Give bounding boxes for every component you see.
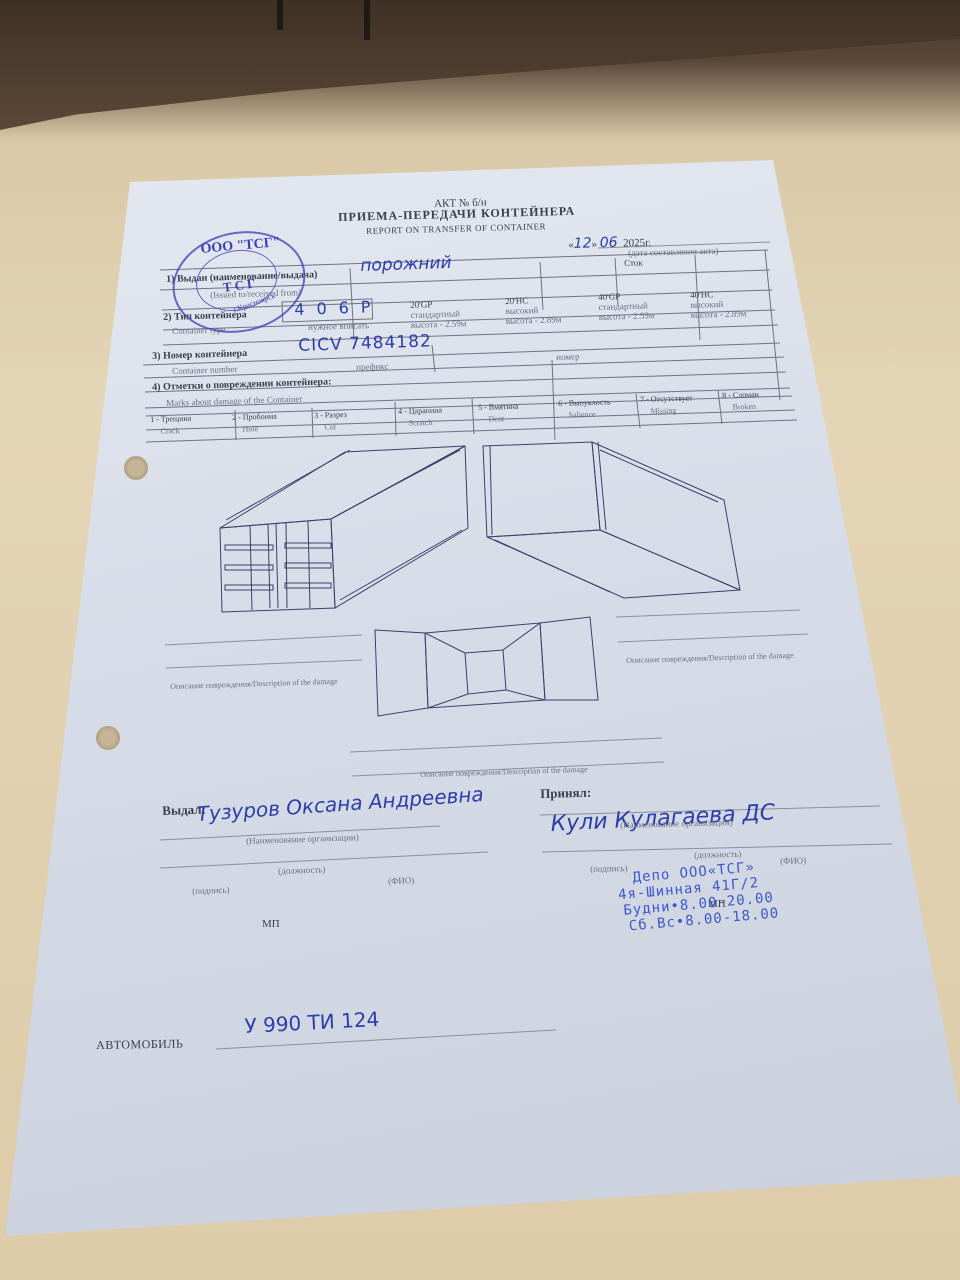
container-type-value: 406P (294, 297, 383, 319)
type-option-20gp: 20'GP стандартный высота - 2.59м (410, 298, 467, 330)
damage-type-en: Broken (722, 401, 759, 414)
damage-type-7: 7 - ОтсутствуетMissing (640, 392, 693, 418)
received-name-caption: (ФИО) (780, 855, 806, 866)
vehicle-label: АВТОМОБИЛЬ (96, 1036, 184, 1053)
damage-type-6: 6 - ВыпуклостьSalience (558, 396, 611, 422)
damage-type-ru: 2 - Пробоина (232, 411, 277, 424)
damage-type-en: Hole (232, 423, 277, 436)
damage-type-8: 8 - СломанBroken (722, 389, 759, 414)
depot-stamp: Депо ООО«ТСГ» 4я-Шинная 41Г/2 Будни•8.00… (632, 858, 780, 934)
damage-type-en: Scratch (398, 417, 442, 430)
number-label: номер (556, 351, 580, 362)
document-sheet (0, 0, 960, 1280)
type-cell: 6 (338, 298, 361, 318)
type-option-40hc: 40'HC высокий высота - 2.89м (690, 288, 747, 320)
damage-type-4: 4 - ЦарапинаScratch (398, 405, 443, 430)
chair-leg (364, 0, 370, 40)
damage-type-en: Missing (640, 404, 693, 418)
prefix-label: префикс (356, 361, 389, 372)
type-height: высота - 2.89м (691, 308, 747, 320)
issued-seal-caption: МП (262, 918, 280, 930)
type-cell: 0 (316, 298, 339, 318)
type-height: высота - 2.59м (599, 310, 655, 322)
stock-label: Сток (624, 258, 643, 268)
chair-leg (277, 0, 283, 30)
damage-type-ru: 6 - Выпуклость (558, 396, 611, 410)
type-height: высота - 2.59м (411, 318, 467, 330)
issued-name-caption: (ФИО) (388, 875, 414, 886)
damage-type-en: Dent (478, 413, 519, 426)
damage-type-en: Cut (314, 421, 347, 434)
issued-sign-caption: (подпись) (192, 885, 230, 896)
received-sign-caption: (подпись) (590, 863, 628, 874)
type-option-40gp: 40'GP стандартный высота - 2.59м (598, 290, 655, 322)
issued-position-caption: (должность) (278, 864, 326, 876)
damage-type-en: Salience (558, 408, 611, 422)
damage-type-ru: 5 - Вмятина (478, 401, 519, 414)
punch-hole (96, 726, 120, 750)
received-label: Принял: (540, 785, 591, 802)
type-option-20hc: 20'HC высокий высота - 2.89м (505, 294, 562, 326)
type-height: высота - 2.89м (506, 314, 562, 326)
background-chair-area (0, 0, 960, 130)
date-month: 06 (600, 235, 618, 251)
punch-hole (124, 456, 148, 480)
type-hint: нужное вписать (308, 320, 369, 332)
damage-type-ru: 7 - Отсутствует (640, 392, 693, 406)
damage-type-5: 5 - ВмятинаDent (478, 401, 519, 426)
section3-sublabel: Container number (172, 364, 238, 376)
damage-type-3: 3 - РазрезCut (314, 409, 347, 434)
received-position-caption: (должность) (694, 849, 741, 860)
damage-type-2: 2 - ПробоинаHole (232, 411, 277, 436)
damage-type-ru: 4 - Царапина (398, 405, 442, 418)
type-cell: 4 (294, 299, 317, 319)
type-cell: P (361, 297, 383, 317)
section1-value: порожний (360, 253, 452, 276)
damage-type-en: Crack (150, 425, 191, 438)
damage-type-1: 1 - ТрещинаCrack (150, 413, 192, 438)
date-day: 12 (573, 235, 591, 251)
damage-type-ru: 3 - Разрез (314, 409, 347, 422)
damage-type-ru: 1 - Трещина (150, 413, 191, 426)
